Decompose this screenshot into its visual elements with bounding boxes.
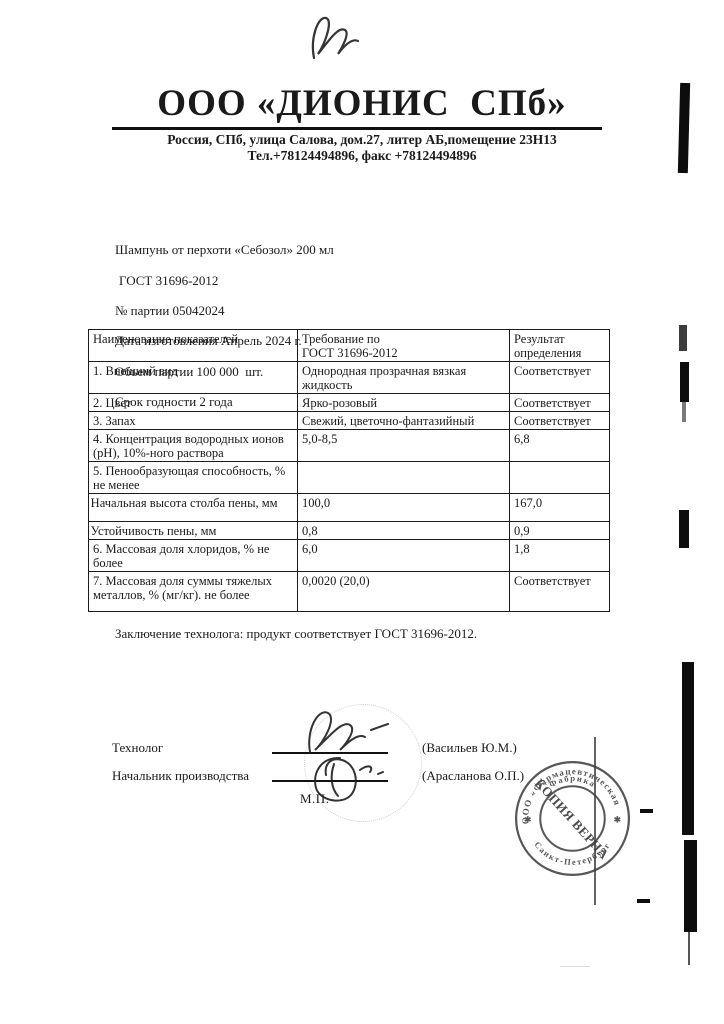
- scan-artifact-dash: [637, 899, 650, 903]
- scan-artifact: [682, 662, 694, 835]
- product-batch: № партии 05042024: [115, 303, 535, 318]
- scanned-quality-certificate: ООО «ДИОНИС СПб» Россия, СПб, улица Сало…: [0, 0, 724, 1024]
- scan-artifact: [680, 362, 689, 402]
- signature-role-technologist: Технолог: [112, 740, 163, 756]
- stamp-star-right: ✱: [614, 815, 623, 825]
- copy-verified-stamp: ООО «Фармацевтическая Санкт-Петербург Фа…: [502, 748, 643, 889]
- handwritten-signatures: [270, 700, 410, 812]
- col-header-result: Результат определения: [510, 330, 610, 362]
- pen-scribble-top: [300, 8, 370, 68]
- table-subrow: - Устойчивость пены, мм 0,8 0,9: [89, 522, 610, 540]
- table-row: 3. Запах Свежий, цветочно-фантазийный Со…: [89, 412, 610, 430]
- header-divider: [112, 127, 602, 130]
- stamp-star-left: ✱: [524, 815, 533, 825]
- table-header-row: Наименование показателей Требование по Г…: [89, 330, 610, 362]
- scan-artifact-vertical-line: [594, 737, 596, 905]
- scan-artifact: [679, 510, 689, 548]
- technologist-conclusion: Заключение технолога: продукт соответств…: [115, 626, 477, 642]
- table-row: 5. Пенообразующая способность, % не мене…: [89, 462, 610, 494]
- company-address: Россия, СПб, улица Салова, дом.27, литер…: [0, 132, 724, 148]
- scan-artifact-faint: [560, 966, 590, 967]
- scan-artifact: [688, 932, 690, 965]
- scan-artifact: [684, 840, 697, 932]
- signature-role-production-chief: Начальник производства: [112, 768, 249, 784]
- company-phone: Тел.+78124494896, факс +78124494896: [0, 148, 724, 164]
- spec-table: Наименование показателей Требование по Г…: [88, 329, 610, 612]
- scan-artifact: [679, 325, 687, 351]
- scan-artifact-dash: [640, 809, 653, 813]
- company-title: ООО «ДИОНИС СПб»: [0, 82, 724, 125]
- table-row: 1. Внешний вид Однородная прозрачная вяз…: [89, 362, 610, 394]
- scan-artifact: [682, 402, 686, 422]
- table-row: 2. Цвет Ярко-розовый Соответствует: [89, 394, 610, 412]
- col-header-requirement: Требование по ГОСТ 31696-2012: [298, 330, 510, 362]
- product-name: Шампунь от перхоти «Себозол» 200 мл: [115, 242, 535, 257]
- table-subrow: - Начальная высота столба пены, мм 100,0…: [89, 494, 610, 522]
- col-header-name: Наименование показателей: [89, 330, 298, 362]
- table-row: 4. Концентрация водородных ионов (рН), 1…: [89, 430, 610, 462]
- product-gost: ГОСТ 31696-2012: [115, 273, 535, 288]
- table-row: 7. Массовая доля суммы тяжелых металлов,…: [89, 572, 610, 612]
- table-row: 6. Массовая доля хлоридов, % не более 6,…: [89, 540, 610, 572]
